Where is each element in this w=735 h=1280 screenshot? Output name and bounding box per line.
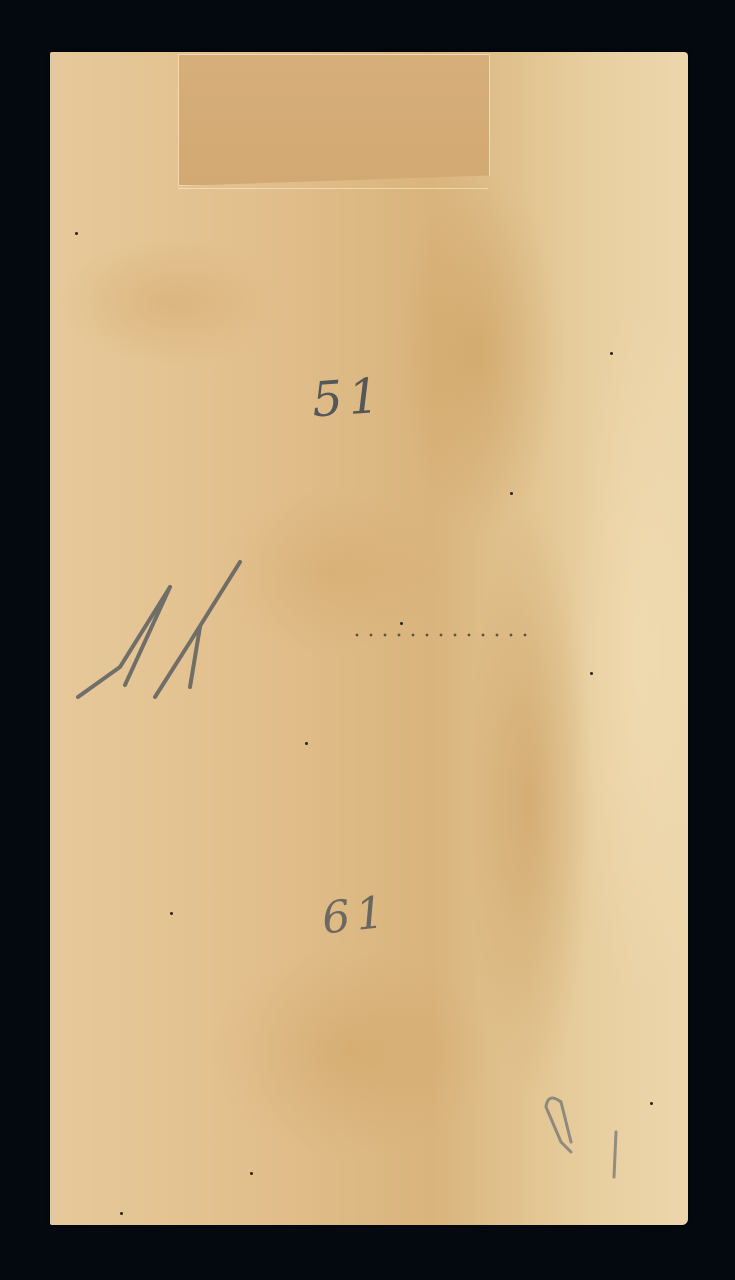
hinge-edge xyxy=(178,180,488,189)
pencil-initials xyxy=(60,547,260,717)
pencil-number-51: 51 xyxy=(310,368,387,429)
stamp-hinge xyxy=(178,54,490,186)
stamp-paper: 51 61 xyxy=(50,52,688,1225)
pencil-number-61: 61 xyxy=(320,887,393,945)
perforation-dots xyxy=(350,632,530,638)
pencil-corner-mark xyxy=(526,1072,646,1182)
